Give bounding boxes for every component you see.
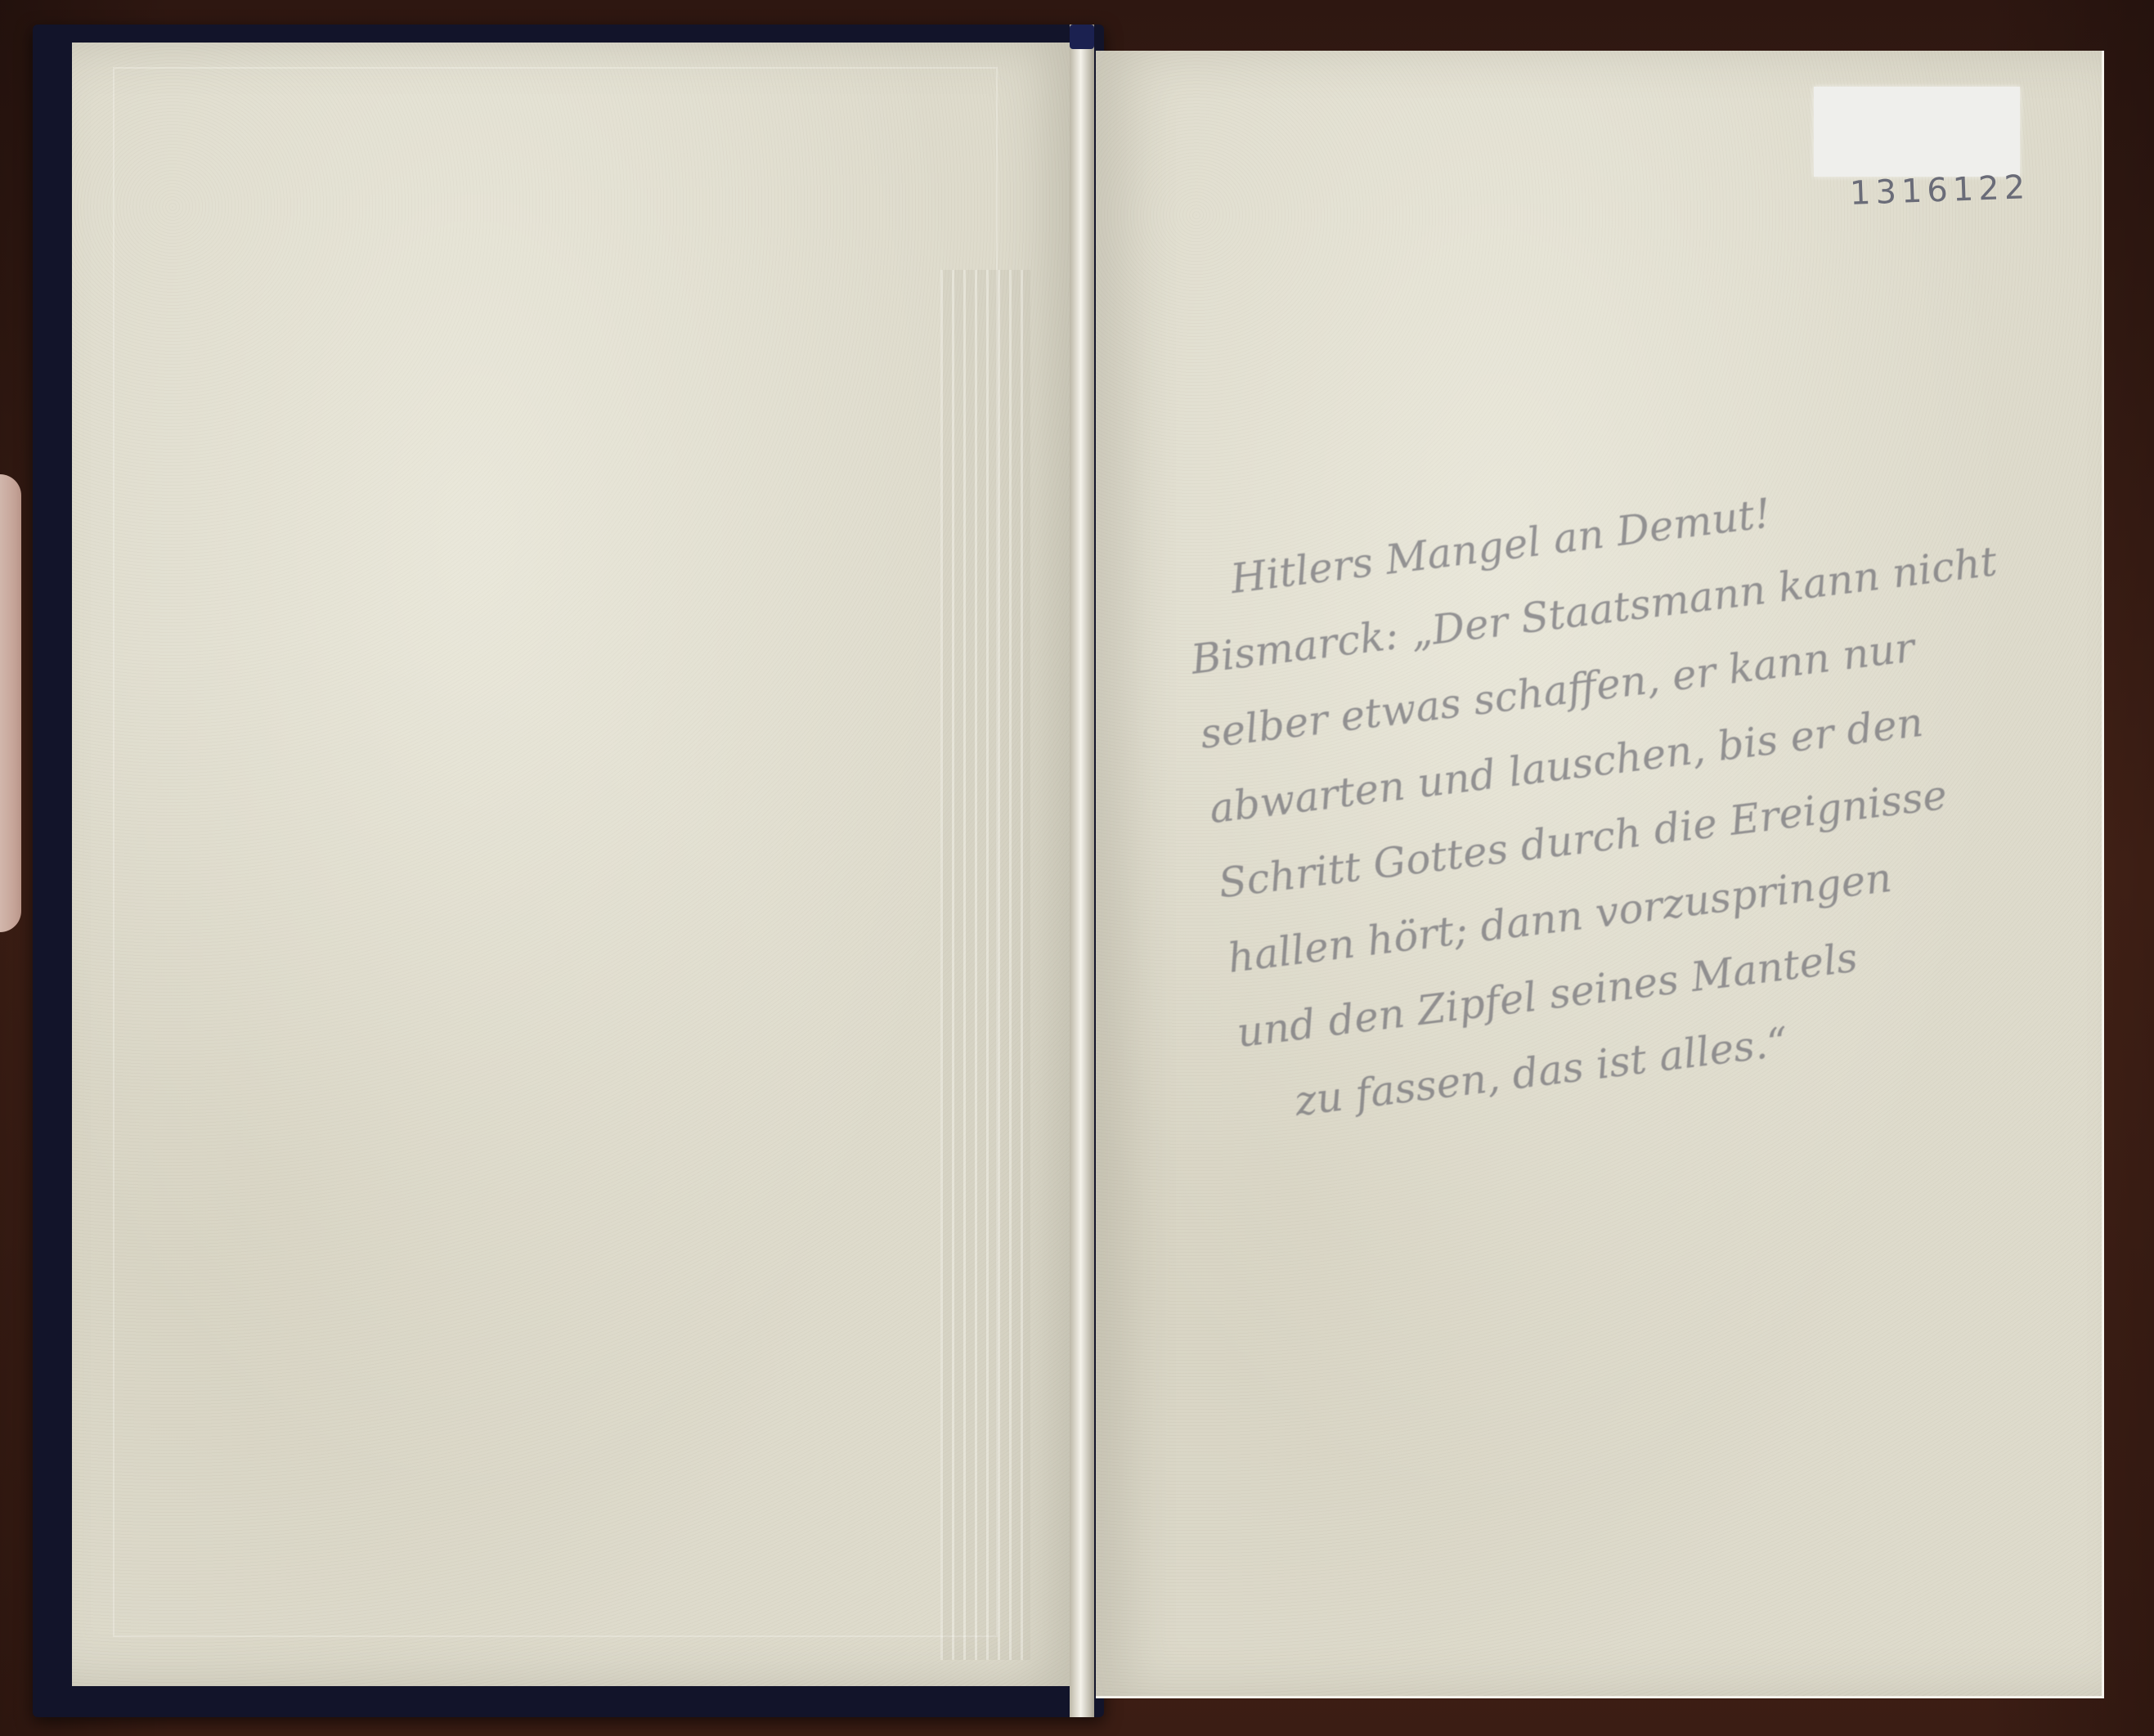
pencil-inscription: Hitlers Mangel an Demut! Bismarck: „Der … <box>1178 451 2046 1146</box>
holding-finger <box>0 474 21 932</box>
spine-headband <box>1070 25 1094 49</box>
left-page-frame-mark <box>113 67 998 1637</box>
left-endpaper <box>72 43 1079 1686</box>
catalog-number: 1316122 <box>1849 168 2031 213</box>
gutter-wrinkles <box>940 270 1030 1660</box>
book-spine-gutter <box>1070 25 1094 1717</box>
redacted-label <box>1814 87 2020 177</box>
